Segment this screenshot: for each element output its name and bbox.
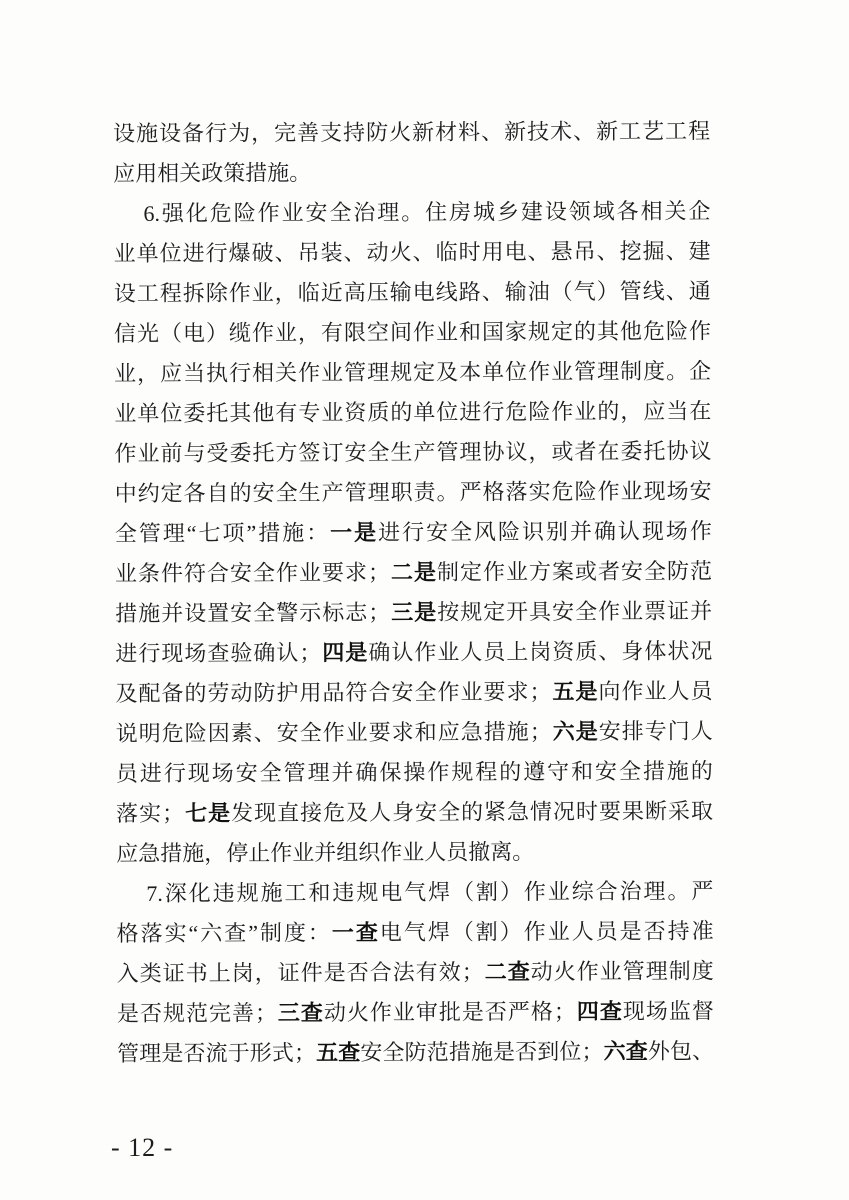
text-segment: 中约定各自的安全生产管理职责。严格落实危险作业现场安: [115, 478, 712, 506]
text-segment: 安全防范措施是否到位；: [360, 1039, 603, 1065]
text-segment: 按规定开具安全作业票证并: [437, 598, 712, 624]
emphasis-segment: 二查: [484, 959, 531, 984]
text-line: 业单位委托其他有专业资质的单位进行危险作业的，应当在: [114, 391, 711, 434]
emphasis-segment: 五是: [551, 679, 598, 704]
text-line: 应急措施，停止作业并组织作业人员撤离。: [116, 831, 713, 874]
text-line: 措施并设置安全警示标志；三是按规定开具安全作业票证并: [115, 591, 712, 634]
emphasis-segment: 一是: [330, 520, 378, 545]
text-line: 是否规范完善；三查动火作业审批是否严格；四查现场监督: [117, 991, 714, 1034]
text-line: 应用相关政策措施。: [113, 151, 710, 194]
text-segment: 电气焊（割）作业人员是否持准: [380, 918, 714, 944]
text-line: 管理是否流于形式；五查安全防范措施是否到位；六查外包、: [117, 1031, 714, 1074]
text-line: 作业前与受委托方签订安全生产管理协议，或者在委托协议: [114, 431, 711, 474]
text-segment: 7.深化违规施工和违规电气焊（割）作业综合治理。严: [146, 878, 713, 905]
text-segment: 安排专门人: [599, 718, 713, 743]
text-line: 7.深化违规施工和违规电气焊（割）作业综合治理。严: [116, 871, 713, 914]
text-segment: 6.强化危险作业安全治理。住房城乡建设领域各相关企: [143, 198, 710, 225]
text-segment: 及配备的劳动防护用品符合安全作业要求；: [115, 679, 551, 706]
emphasis-segment: 四查: [576, 999, 623, 1024]
page-number: - 12 -: [111, 1132, 173, 1164]
text-segment: 确认作业人员上岗资质、身体状况: [368, 638, 712, 665]
text-line: 业，应当执行相关作业管理规定及本单位作业管理制度。企: [114, 351, 711, 394]
text-line: 设施设备行为，完善支持防火新材料、新技术、新工艺工程: [113, 111, 710, 154]
text-segment: 落实；: [116, 801, 184, 826]
text-segment: 设工程拆除作业，临近高压输电线路、输油（气）管线、通: [114, 278, 711, 306]
emphasis-segment: 五查: [316, 1040, 360, 1065]
emphasis-segment: 六查: [603, 1039, 647, 1064]
text-segment: 动火作业管理制度: [531, 958, 714, 984]
emphasis-segment: 七是: [184, 800, 231, 825]
emphasis-segment: 三查: [277, 1000, 324, 1025]
text-segment: 设施设备行为，完善支持防火新材料、新技术、新工艺工程: [113, 118, 710, 146]
text-line: 业条件符合安全作业要求；二是制定作业方案或者安全防范: [115, 551, 712, 594]
document-page: 设施设备行为，完善支持防火新材料、新技术、新工艺工程应用相关政策措施。6.强化危…: [0, 0, 849, 1200]
text-segment: 是否规范完善；: [117, 1000, 277, 1026]
text-line: 员进行现场安全管理并确保操作规程的遵守和安全措施的: [116, 751, 713, 794]
text-line: 信光（电）缆作业，有限空间作业和国家规定的其他危险作: [114, 311, 711, 354]
text-line: 及配备的劳动防护用品符合安全作业要求；五是向作业人员: [115, 671, 712, 714]
emphasis-segment: 二是: [390, 560, 437, 585]
text-segment: 业单位委托其他有专业资质的单位进行危险作业的，应当在: [114, 398, 711, 426]
text-segment: 外包、: [648, 1038, 714, 1063]
text-segment: 进行现场查验确认；: [115, 640, 321, 666]
emphasis-segment: 一查: [332, 920, 380, 945]
emphasis-segment: 四是: [321, 640, 368, 665]
text-segment: 说明危险因素、安全作业要求和应急措施；: [116, 719, 552, 746]
text-segment: 现场监督: [623, 998, 714, 1023]
text-line: 进行现场查验确认；四是确认作业人员上岗资质、身体状况: [115, 631, 712, 674]
text-line: 落实；七是发现直接危及人身安全的紧急情况时要果断采取: [116, 791, 713, 834]
text-segment: 信光（电）缆作业，有限空间作业和国家规定的其他危险作: [114, 318, 711, 346]
text-segment: 措施并设置安全警示标志；: [115, 600, 390, 626]
text-segment: 全管理“七项”措施：: [115, 520, 330, 546]
text-segment: 应用相关政策措施。: [113, 160, 311, 186]
text-segment: 进行安全风险识别并确认现场作: [378, 518, 712, 544]
text-segment: 管理是否流于形式；: [117, 1040, 316, 1066]
text-line: 入类证书上岗，证件是否合法有效；二查动火作业管理制度: [117, 951, 714, 994]
text-segment: 动火作业审批是否严格；: [324, 999, 576, 1025]
text-segment: 应急措施，停止作业并组织作业人员撤离。: [116, 839, 534, 866]
text-segment: 入类证书上岗，证件是否合法有效；: [117, 959, 484, 986]
text-line: 格落实“六查”制度：一查电气焊（割）作业人员是否持准: [116, 911, 713, 954]
text-segment: 业，应当执行相关作业管理规定及本单位作业管理制度。企: [114, 358, 711, 386]
text-segment: 发现直接危及人身安全的紧急情况时要果断采取: [231, 798, 713, 825]
text-line: 设工程拆除作业，临近高压输电线路、输油（气）管线、通: [114, 271, 711, 314]
text-segment: 制定作业方案或者安全防范: [437, 558, 712, 584]
text-segment: 向作业人员: [598, 678, 712, 703]
text-segment: 员进行现场安全管理并确保操作规程的遵守和安全措施的: [116, 758, 713, 786]
emphasis-segment: 六是: [552, 719, 599, 744]
text-line: 业单位进行爆破、吊装、动火、临时用电、悬吊、挖掘、建: [114, 231, 711, 274]
text-segment: 作业前与受委托方签订安全生产管理协议，或者在委托协议: [114, 438, 711, 466]
emphasis-segment: 三是: [390, 600, 437, 625]
text-segment: 格落实“六查”制度：: [117, 920, 332, 946]
text-segment: 业条件符合安全作业要求；: [115, 560, 390, 586]
text-line: 说明危险因素、安全作业要求和应急措施；六是安排专门人: [116, 711, 713, 754]
text-segment: 业单位进行爆破、吊装、动火、临时用电、悬吊、挖掘、建: [114, 238, 711, 266]
text-line: 6.强化危险作业安全治理。住房城乡建设领域各相关企: [113, 191, 710, 234]
text-line: 全管理“七项”措施：一是进行安全风险识别并确认现场作: [115, 511, 712, 554]
document-body: 设施设备行为，完善支持防火新材料、新技术、新工艺工程应用相关政策措施。6.强化危…: [113, 111, 714, 1074]
text-line: 中约定各自的安全生产管理职责。严格落实危险作业现场安: [115, 471, 712, 514]
